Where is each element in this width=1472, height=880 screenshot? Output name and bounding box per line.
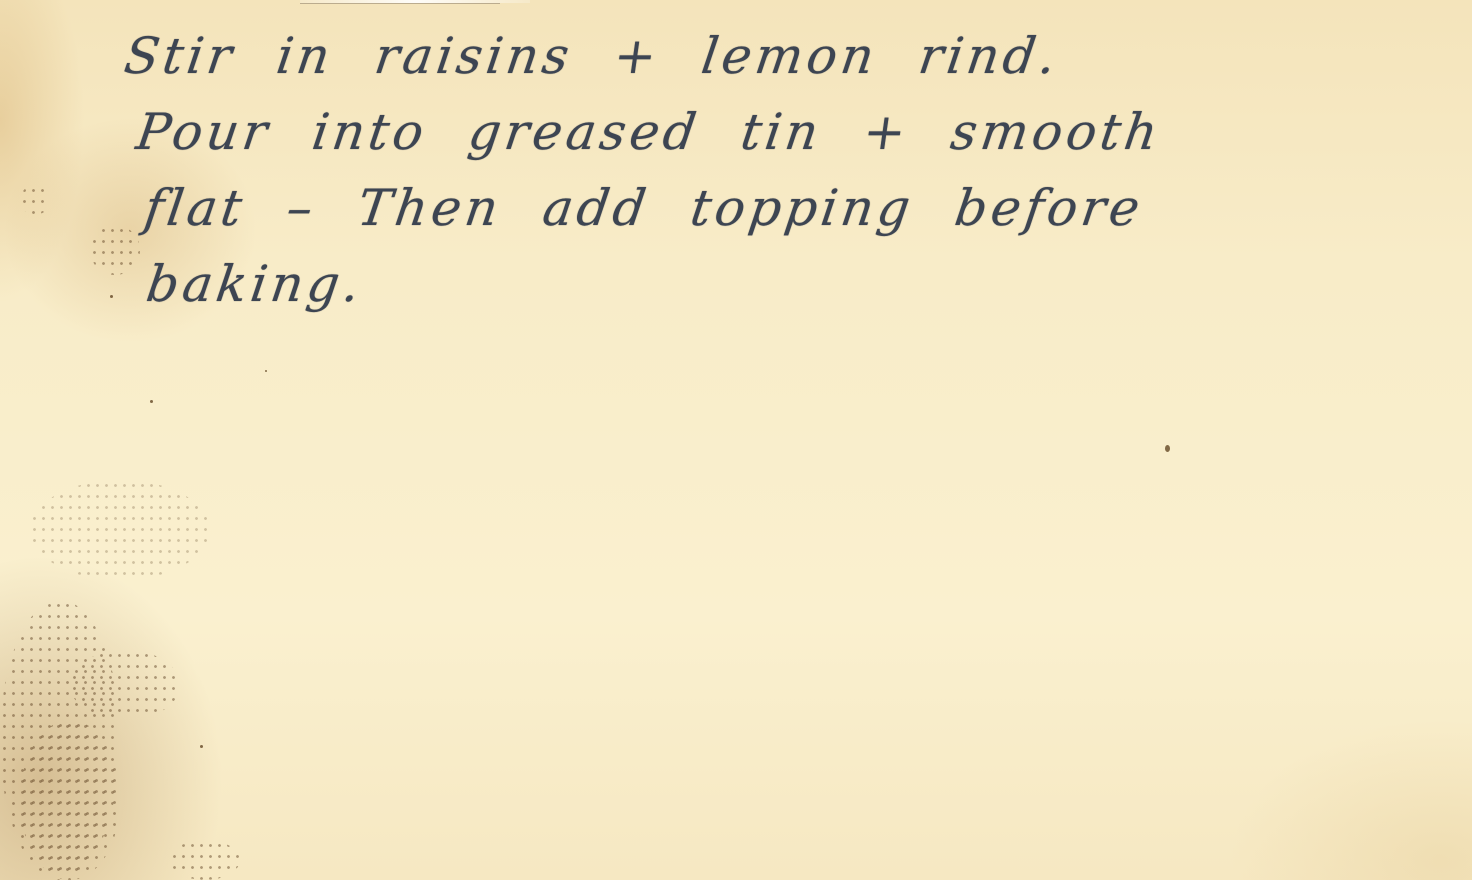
text-line: Pour into greased tin + smooth	[132, 94, 1461, 170]
ink-speck	[200, 745, 203, 748]
text-line: flat – Then add topping before	[140, 170, 1461, 246]
card-top-edge-line	[300, 3, 500, 4]
text-line: baking.	[142, 246, 1461, 322]
stain-cluster	[170, 840, 240, 880]
ink-speck	[110, 295, 113, 298]
stain-cluster	[30, 480, 210, 580]
recipe-card: Stir in raisins + lemon rind. Pour into …	[0, 0, 1472, 880]
stain-cluster	[20, 720, 120, 880]
stain-cluster	[70, 650, 180, 720]
ink-speck	[265, 370, 267, 372]
handwritten-text: Stir in raisins + lemon rind. Pour into …	[125, 18, 1455, 322]
ink-speck	[150, 400, 153, 403]
ink-speck	[1165, 445, 1170, 452]
text-line: Stir in raisins + lemon rind.	[120, 18, 1461, 94]
stain-cluster	[20, 185, 50, 215]
